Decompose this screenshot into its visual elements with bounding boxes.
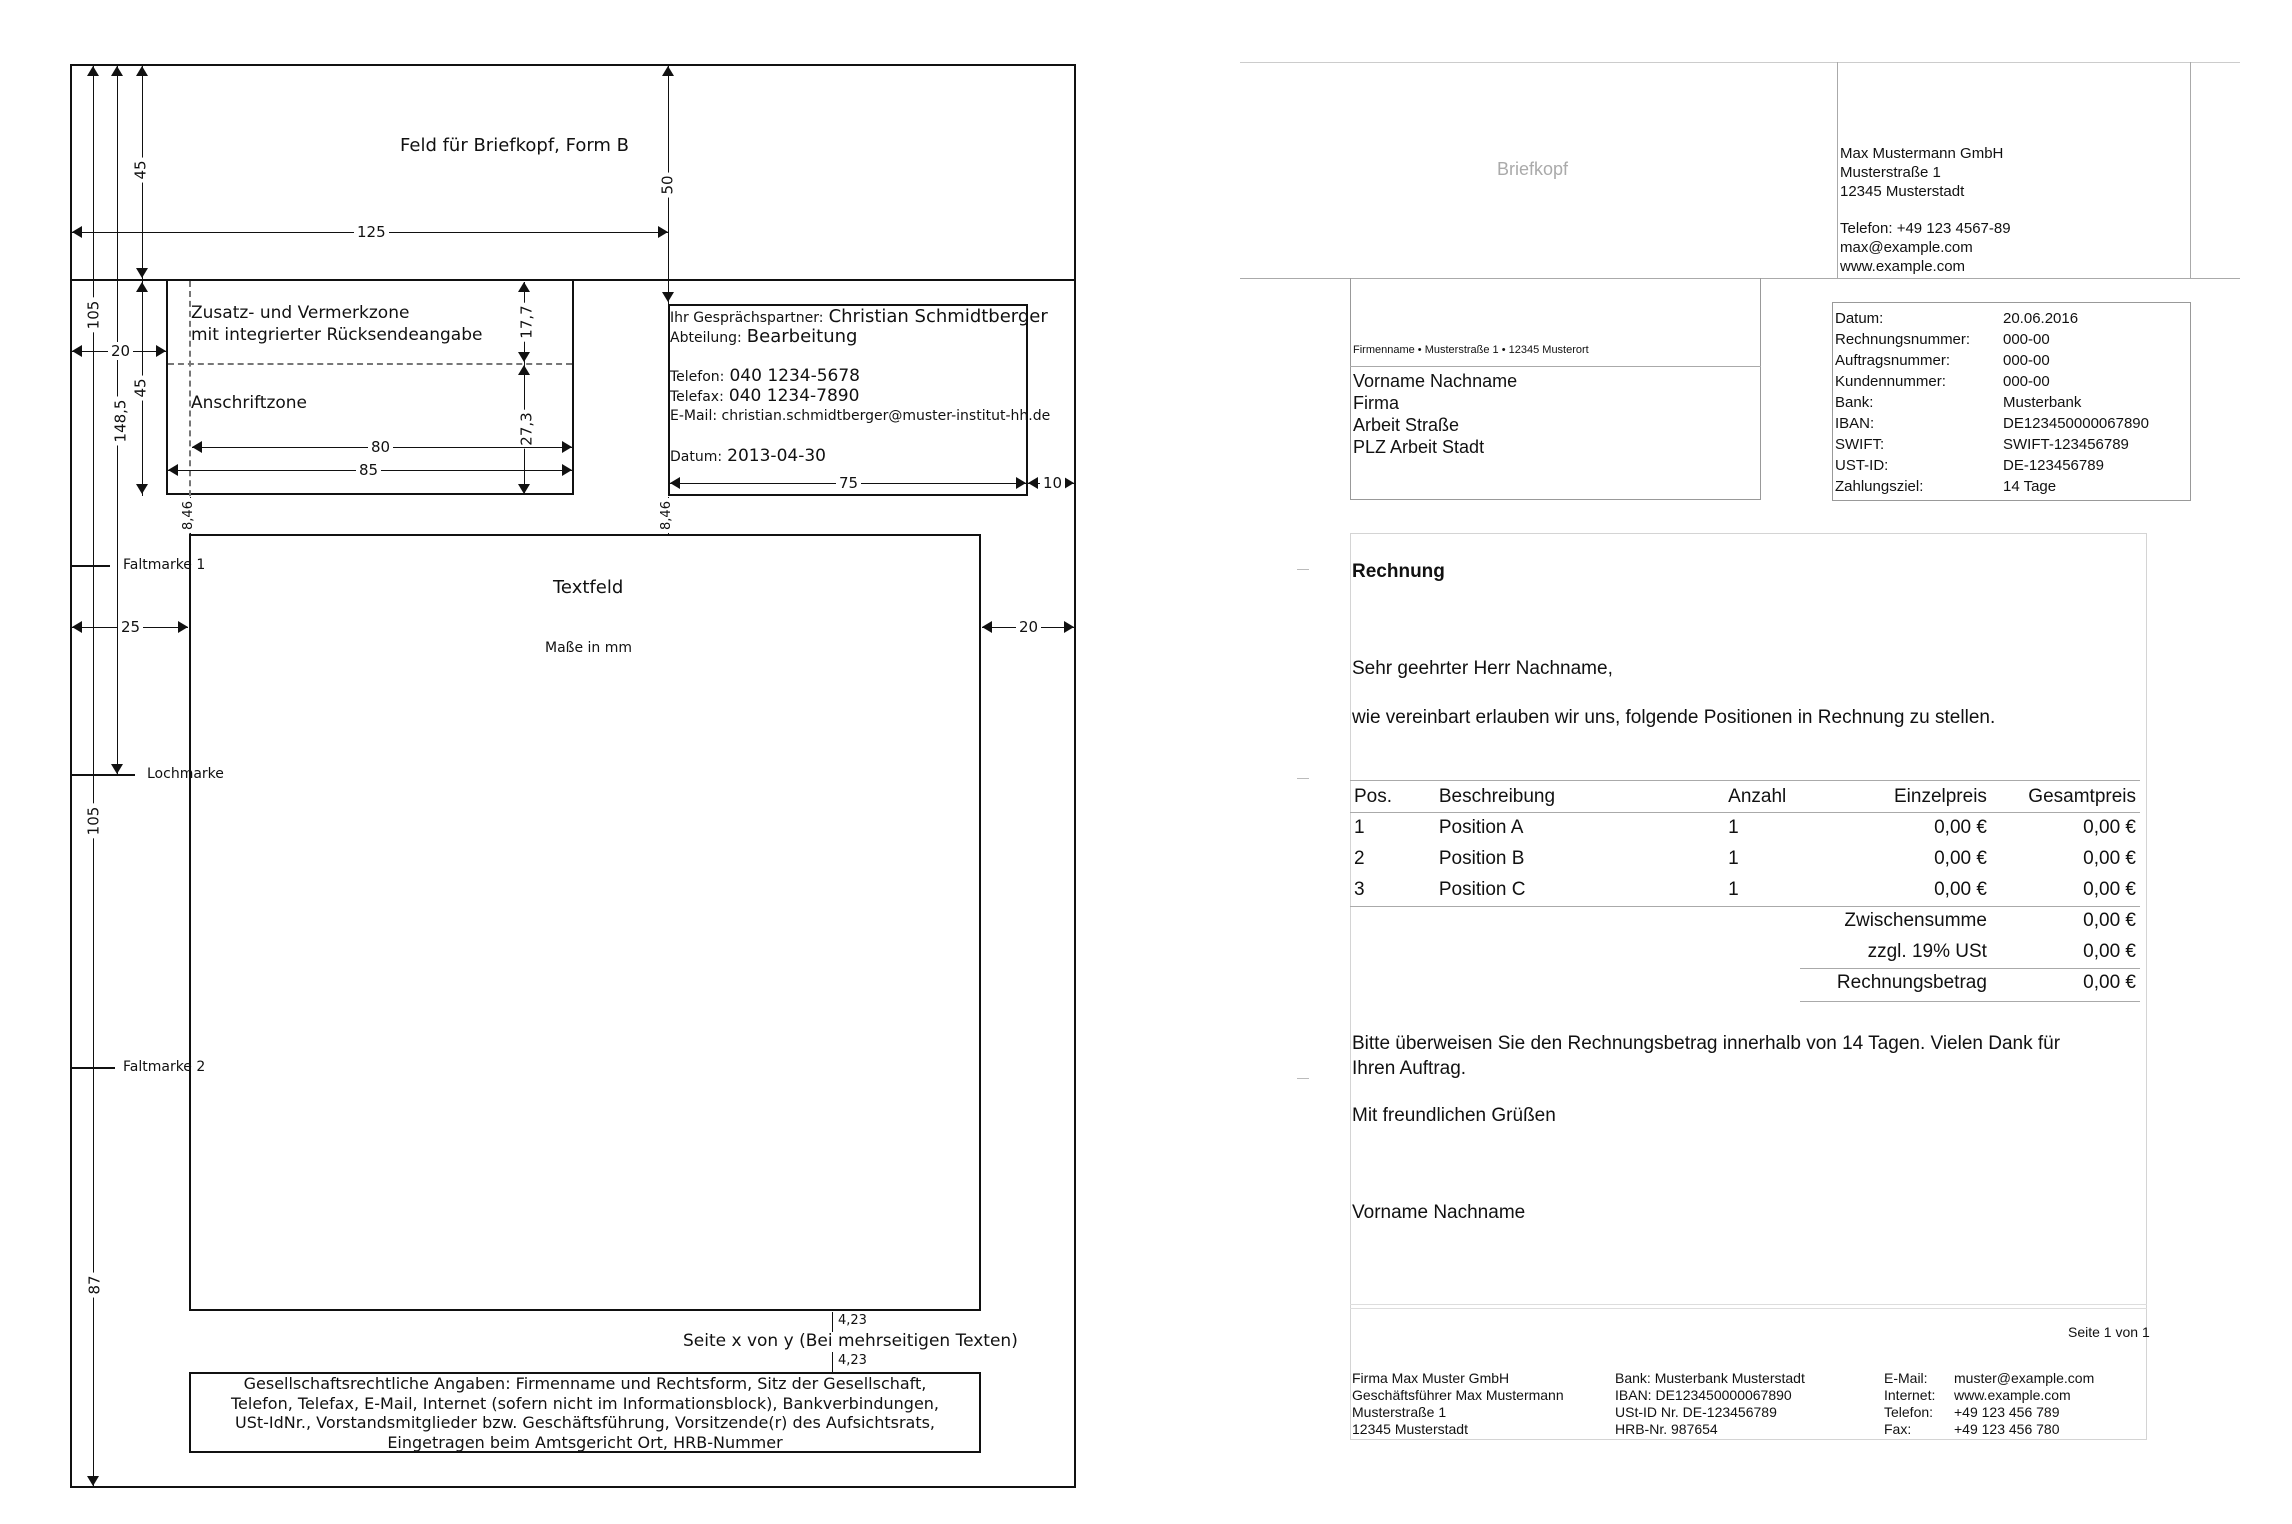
dim-8-46-b: 8,46 (659, 498, 674, 533)
info-value: SWIFT-123456789 (2003, 434, 2129, 455)
signature: Vorname Nachname (1352, 1202, 1525, 1224)
table-cell: 1 (1350, 812, 1435, 843)
arrow-down-icon (87, 1476, 99, 1486)
info-row: IBAN:DE123450000067890 (1835, 413, 2149, 434)
info-value: 000-00 (2003, 329, 2050, 350)
dim-line-45 (142, 66, 143, 496)
arrow-up-icon (111, 66, 123, 76)
dim-45-addr: 45 (132, 375, 150, 400)
recipient-address: Vorname Nachname Firma Arbeit Straße PLZ… (1353, 370, 1517, 458)
company-info: Max Mustermann GmbH Musterstraße 1 12345… (1840, 144, 2011, 276)
column-header: Gesamtpreis (1991, 781, 2140, 812)
footer-contact-value: +49 123 456 780 (1954, 1421, 2060, 1438)
arrow-up-icon (518, 365, 530, 375)
salutation: Sehr geehrter Herr Nachname, (1352, 658, 1613, 680)
column-header: Einzelpreis (1833, 781, 1991, 812)
totals-row: zzgl. 19% USt0,00 € (1350, 936, 2140, 967)
arrow-down-icon (136, 484, 148, 494)
totals-row: Rechnungsbetrag0,00 € (1350, 967, 2140, 998)
textfield-note: Maße in mm (545, 640, 632, 656)
info-label: IBAN: (1835, 413, 2003, 434)
table-cell: Position B (1435, 843, 1724, 874)
fold-mark-1-label: Faltmarke 1 (123, 557, 205, 573)
company-col-left (1837, 62, 1838, 278)
footer-contact-value: +49 123 456 789 (1954, 1404, 2060, 1421)
info-label: Auftragsnummer: (1835, 350, 2003, 371)
intro-text: wie vereinbart erlauben wir uns, folgend… (1352, 707, 1995, 729)
arrow-right-icon (156, 345, 166, 357)
footer-col-bank: Bank: Musterbank Musterstadt IBAN: DE123… (1615, 1370, 1805, 1438)
info-label: Rechnungsnummer: (1835, 329, 2003, 350)
dim-4-23-a: 4,23 (838, 1313, 867, 1328)
arrow-down-icon (136, 268, 148, 278)
totals-row: Zwischensumme0,00 € (1350, 905, 2140, 936)
table-cell: 0,00 € (1833, 843, 1991, 874)
info-value: 14 Tage (2003, 476, 2056, 497)
info-fax: Telefax: 040 1234-7890 (670, 386, 859, 406)
table-cell: 1 (1724, 812, 1833, 843)
info-date: Datum: 2013-04-30 (670, 446, 826, 466)
footer-contact-value: muster@example.com (1954, 1370, 2094, 1387)
dim-148-5: 148,5 (111, 397, 129, 446)
info-value: 000-00 (2003, 371, 2050, 392)
totals-label: Rechnungsbetrag (1833, 967, 1991, 998)
invoice-items-table: Pos.BeschreibungAnzahlEinzelpreisGesamtp… (1350, 781, 2140, 998)
info-row: Rechnungsnummer:000-00 (1835, 329, 2149, 350)
textfield-title: Textfeld (553, 577, 623, 598)
invoice-info-rows: Datum:20.06.2016Rechnungsnummer:000-00Au… (1835, 308, 2149, 497)
arrow-up-icon (518, 282, 530, 292)
dim-10: 10 (1040, 474, 1065, 492)
table-cell: 1 (1724, 843, 1833, 874)
footer-contact-row: Internet:www.example.com (1884, 1387, 2094, 1404)
arrow-down-icon (662, 292, 674, 302)
info-row: UST-ID:DE-123456789 (1835, 455, 2149, 476)
totals-label: Zwischensumme (1833, 905, 1991, 936)
page-number: Seite 1 von 1 (2068, 1324, 2150, 1340)
dim-20-left: 20 (108, 342, 133, 360)
arrow-left-icon (72, 621, 82, 633)
dim-line-4-23-b (832, 1352, 833, 1372)
arrow-left-icon (670, 477, 680, 489)
arrow-up-icon (136, 282, 148, 292)
totals-label: zzgl. 19% USt (1833, 936, 1991, 967)
table-row: 3Position C10,00 €0,00 € (1350, 874, 2140, 905)
table-cell: Position C (1435, 874, 1724, 905)
arrow-up-icon (662, 66, 674, 76)
arrow-right-icon (178, 621, 188, 633)
info-label: Zahlungsziel: (1835, 476, 2003, 497)
fold-mark-2 (70, 1067, 115, 1069)
dim-line-4-23-a (832, 1312, 833, 1332)
info-value: DE123450000067890 (2003, 413, 2149, 434)
table-row: 2Position B10,00 €0,00 € (1350, 843, 2140, 874)
dim-75: 75 (836, 474, 861, 492)
arrow-left-icon (1028, 477, 1038, 489)
arrow-up-icon (136, 66, 148, 76)
info-row: Zahlungsziel:14 Tage (1835, 476, 2149, 497)
table-cell: Position A (1435, 812, 1724, 843)
table-cell: 0,00 € (1833, 812, 1991, 843)
table-cell: 1 (1724, 874, 1833, 905)
footer-contact-row: Fax:+49 123 456 780 (1884, 1421, 2094, 1438)
arrow-down-icon (111, 764, 123, 774)
dim-8-46-a: 8,46 (181, 498, 196, 533)
info-label: Datum: (1835, 308, 2003, 329)
dim-25: 25 (118, 618, 143, 636)
additional-zone-line1: Zusatz- und Vermerkzone (191, 303, 409, 323)
arrow-right-icon (562, 464, 572, 476)
dim-17-7: 17,7 (518, 302, 536, 341)
fold-mark-1 (1297, 569, 1309, 570)
return-address: Firmenname • Musterstraße 1 • 12345 Must… (1353, 344, 1589, 356)
table-cell: 3 (1350, 874, 1435, 905)
arrow-left-icon (168, 464, 178, 476)
hole-mark-label: Lochmarke (147, 766, 224, 782)
info-value: DE-123456789 (2003, 455, 2104, 476)
footer-rule (1350, 1304, 2147, 1305)
info-department: Abteilung: Bearbeitung (670, 326, 857, 347)
dim-4-23-b: 4,23 (838, 1353, 867, 1368)
footer-contact-label: Internet: (1884, 1387, 1954, 1404)
info-label: UST-ID: (1835, 455, 2003, 476)
footer-contact-row: E-Mail:muster@example.com (1884, 1370, 2094, 1387)
arrow-down-icon (518, 352, 530, 362)
column-header: Beschreibung (1435, 781, 1724, 812)
dim-105-top: 105 (84, 298, 102, 333)
company-col-right (2190, 62, 2191, 278)
info-value: 000-00 (2003, 350, 2050, 371)
arrow-left-icon (192, 441, 202, 453)
info-label: Bank: (1835, 392, 2003, 413)
footer-rule-2 (1350, 1308, 2147, 1309)
arrow-left-icon (72, 226, 82, 238)
info-label: SWIFT: (1835, 434, 2003, 455)
arrow-right-icon (1064, 477, 1074, 489)
letterhead-placeholder: Briefkopf (1497, 159, 1568, 180)
totals-value: 0,00 € (1991, 936, 2140, 967)
hole-mark (70, 774, 135, 776)
footer-col-contact: E-Mail:muster@example.comInternet:www.ex… (1884, 1370, 2094, 1438)
footer-col-company: Firma Max Muster GmbH Geschäftsführer Ma… (1352, 1370, 1564, 1438)
footer-contact-label: E-Mail: (1884, 1370, 1954, 1387)
table-cell: 0,00 € (1991, 812, 2140, 843)
dim-85: 85 (356, 461, 381, 479)
dim-87: 87 (86, 1272, 104, 1297)
table-row: 1Position A10,00 €0,00 € (1350, 812, 2140, 843)
page-number-placeholder: Seite x von y (Bei mehrseitigen Texten) (683, 1331, 1018, 1351)
legal-footer-text: Gesellschaftsrechtliche Angaben: Firmenn… (191, 1374, 979, 1452)
info-row: Datum:20.06.2016 (1835, 308, 2149, 329)
top-rule (1240, 62, 2240, 63)
info-email: E-Mail: christian.schmidtberger@muster-i… (670, 408, 1050, 424)
arrow-left-icon (982, 621, 992, 633)
footer-contact-value: www.example.com (1954, 1387, 2071, 1404)
dim-45-left: 45 (132, 157, 150, 182)
arrow-down-icon (518, 484, 530, 494)
info-row: Bank:Musterbank (1835, 392, 2149, 413)
column-header: Pos. (1350, 781, 1435, 812)
table-cell: 2 (1350, 843, 1435, 874)
regards: Mit freundlichen Grüßen (1352, 1105, 1556, 1127)
hole-mark (1297, 778, 1309, 779)
arrow-right-icon (562, 441, 572, 453)
info-phone: Telefon: 040 1234-5678 (670, 366, 860, 386)
arrow-right-icon (1016, 477, 1026, 489)
invoice-subject: Rechnung (1352, 561, 1445, 583)
info-value: 20.06.2016 (2003, 308, 2078, 329)
totals-value: 0,00 € (1991, 905, 2140, 936)
fold-mark-2-label: Faltmarke 2 (123, 1059, 205, 1075)
address-zone-label: Anschriftzone (191, 393, 307, 413)
fold-mark-1 (70, 565, 110, 567)
dim-20-right: 20 (1016, 618, 1041, 636)
footer-contact-label: Fax: (1884, 1421, 1954, 1438)
info-label: Kundennummer: (1835, 371, 2003, 392)
fold-mark-2 (1297, 1078, 1309, 1079)
table-cell: 0,00 € (1833, 874, 1991, 905)
table-cell: 0,00 € (1991, 874, 2140, 905)
table-cell: 0,00 € (1991, 843, 2140, 874)
totals-bottom-rule (1800, 1001, 2140, 1002)
dim-125: 125 (354, 223, 389, 241)
footer-contact-label: Telefon: (1884, 1404, 1954, 1421)
arrow-right-icon (658, 226, 668, 238)
info-row: SWIFT:SWIFT-123456789 (1835, 434, 2149, 455)
dim-80: 80 (368, 438, 393, 456)
zone-divider (168, 363, 572, 365)
return-address-rule (1350, 366, 1761, 367)
dim-105-mid: 105 (84, 804, 102, 839)
info-value: Musterbank (2003, 392, 2081, 413)
footer-contact-row: Telefon:+49 123 456 789 (1884, 1404, 2094, 1421)
closing-text: Bitte überweisen Sie den Rechnungsbetrag… (1352, 1031, 2092, 1081)
info-row: Kundennummer:000-00 (1835, 371, 2149, 392)
column-header: Anzahl (1724, 781, 1833, 812)
arrow-right-icon (1064, 621, 1074, 633)
info-contact: Ihr Gesprächspartner: Christian Schmidtb… (670, 306, 1048, 327)
dim-27-3: 27,3 (518, 409, 536, 448)
info-row: Auftragsnummer:000-00 (1835, 350, 2149, 371)
additional-zone-line2: mit integrierter Rücksendeangabe (191, 325, 482, 345)
header-field-label: Feld für Briefkopf, Form B (400, 135, 629, 156)
arrow-up-icon (87, 66, 99, 76)
arrow-left-icon (72, 345, 82, 357)
totals-value: 0,00 € (1991, 967, 2140, 998)
dim-50: 50 (659, 172, 677, 197)
